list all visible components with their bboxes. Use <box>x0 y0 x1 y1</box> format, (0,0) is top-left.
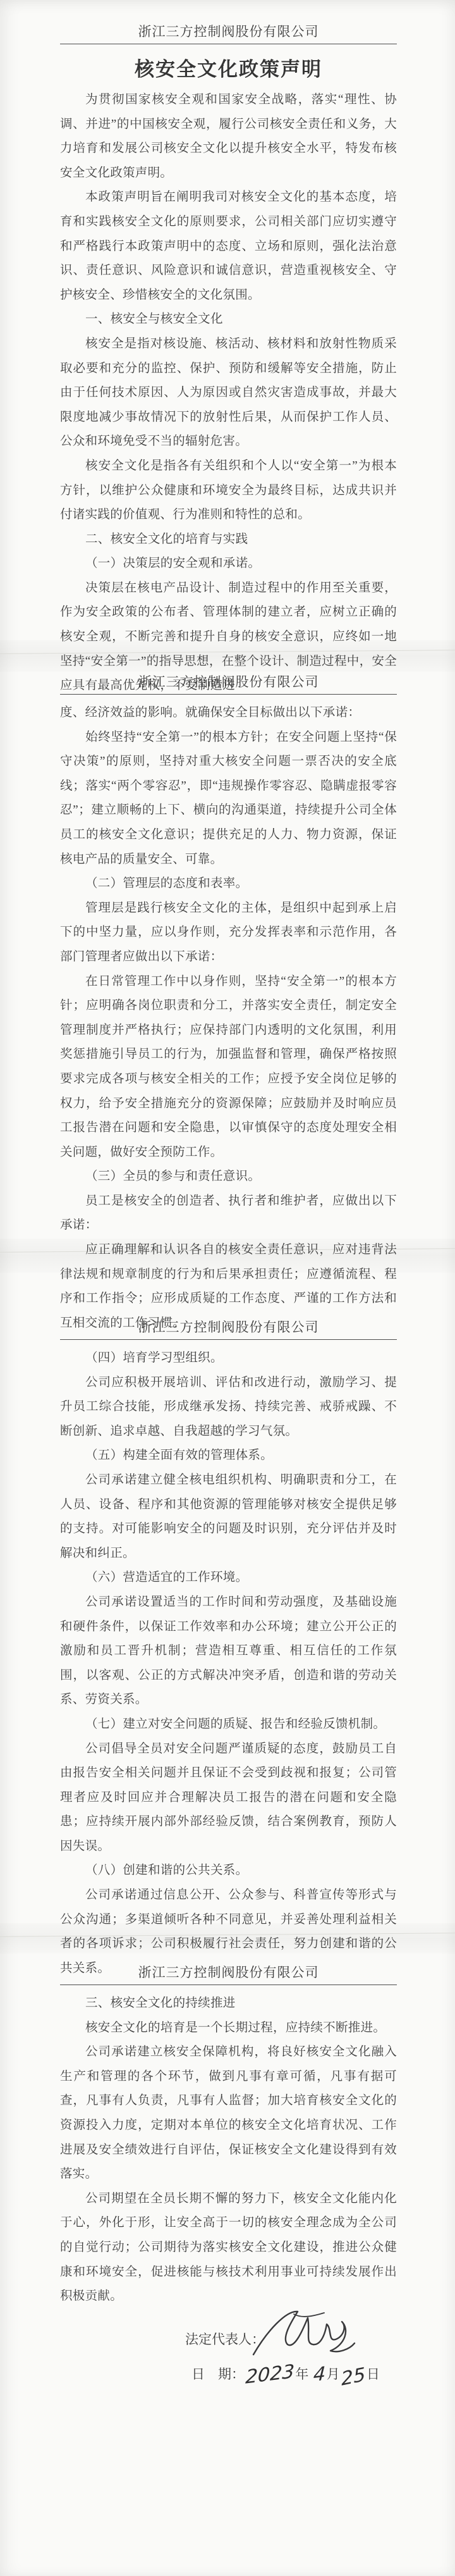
header-rule <box>60 44 397 44</box>
subsection-heading: （五）构建全面有效的管理体系。 <box>60 1444 397 1468</box>
paragraph: 员工是核安全的创造者、执行者和维护者，应做出以下承诺： <box>60 1189 397 1238</box>
paragraph: 公司期望在全员长期不懈的努力下，核安全文化能内化于心，外化于形，让安全高于一切的… <box>60 2187 397 2309</box>
page-1-body: 为贯彻国家核安全观和国家安全战略，落实“理性、协调、并进”的中国核安全观，履行公… <box>60 88 397 698</box>
company-header: 浙江三方控制阀股份有限公司 <box>60 672 397 691</box>
subsection-heading: （一）决策层的安全观和承诺。 <box>60 552 397 576</box>
subsection-heading: （六）营造适宜的工作环境。 <box>60 1566 397 1590</box>
date-month-unit: 月 <box>327 2367 340 2382</box>
paragraph: 始终坚持“安全第一”的根本方针；在安全问题上坚持“保守决策”的原则，坚持对重大核… <box>60 726 397 872</box>
paragraph: 公司应积极开展培训、评估和改进行动，激励学习、提升员工综合技能，形成继承发扬、持… <box>60 1371 397 1444</box>
date-day-unit: 日 <box>367 2367 380 2382</box>
header-rule <box>60 1985 397 1985</box>
scanned-document: 浙江三方控制阀股份有限公司 核安全文化政策声明 为贯彻国家核安全观和国家安全战略… <box>0 0 455 2576</box>
section-heading: 一、核安全与核安全文化 <box>60 307 397 332</box>
paragraph: 公司倡导全员对安全问题严谨质疑的态度，鼓励员工自由报告安全相关问题并且保证不会受… <box>60 1737 397 1859</box>
subsection-heading: （四）培育学习型组织。 <box>60 1346 397 1371</box>
section-heading: 三、核安全文化的持续推进 <box>60 1991 397 2016</box>
date-day-handwritten: 25 <box>340 2360 367 2394</box>
paragraph: 核安全文化的培育是一个长期过程，应持续不断推进。 <box>60 2016 397 2041</box>
date-month-handwritten: 4 <box>312 2360 326 2390</box>
date-label: 日 期： <box>191 2367 245 2382</box>
page-2: 浙江三方控制阀股份有限公司 度、经济效益的影响。就确保安全目标做出以下承诺：始终… <box>0 666 455 1335</box>
document-title: 核安全文化政策声明 <box>60 53 397 82</box>
header-rule <box>60 694 397 695</box>
date-year-handwritten: 2023 <box>245 2357 295 2392</box>
paragraph: 本政策声明旨在阐明我司对核安全文化的基本态度，培育和实践核安全文化的原则要求，公… <box>60 185 397 307</box>
header-rule <box>60 1339 397 1340</box>
paragraph: 公司承诺建立健全核电组织机构、明确职责和分工，在人员、设备、程序和其他资源的管理… <box>60 1468 397 1566</box>
paragraph: 核安全文化是指各有关组织和个人以“安全第一”为根本方针，以维护公众健康和环境安全… <box>60 454 397 528</box>
legal-representative-signature <box>250 2305 363 2369</box>
page-1: 浙江三方控制阀股份有限公司 核安全文化政策声明 为贯彻国家核安全观和国家安全战略… <box>0 0 455 698</box>
subsection-heading: （二）管理层的态度和表率。 <box>60 872 397 896</box>
page-4: 浙江三方控制阀股份有限公司 三、核安全文化的持续推进核安全文化的培育是一个长期过… <box>0 1956 455 2389</box>
page-2-body: 度、经济效益的影响。就确保安全目标做出以下承诺：始终坚持“安全第一”的根本方针；… <box>60 701 397 1335</box>
subsection-heading: （八）创建和谐的公共关系。 <box>60 1859 397 1883</box>
paragraph: 公司承诺建立核安全保障机构，将良好核安全文化融入生产和管理的各个环节，做到凡事有… <box>60 2040 397 2187</box>
page-3-body: （四）培育学习型组织。公司应积极开展培训、评估和改进行动，激励学习、提升员工综合… <box>60 1346 397 1981</box>
paragraph: 管理层是践行核安全文化的主体，是组织中起到承上启下的中坚力量，应以身作则，充分发… <box>60 896 397 970</box>
legal-representative-row: 法定代表人： <box>60 2327 397 2352</box>
paragraph: 在日常管理工作中以身作则，坚持“安全第一”的根本方针；应明确各岗位职责和分工，并… <box>60 970 397 1165</box>
company-header: 浙江三方控制阀股份有限公司 <box>60 22 397 40</box>
date-year-unit: 年 <box>295 2367 308 2382</box>
page-3: 浙江三方控制阀股份有限公司 （四）培育学习型组织。公司应积极开展培训、评估和改进… <box>0 1311 455 1981</box>
subsection-heading: （三）全员的参与和责任意识。 <box>60 1165 397 1189</box>
paragraph: 核安全是指对核设施、核活动、核材料和放射性物质采取必要和充分的监控、保护、预防和… <box>60 332 397 454</box>
paragraph-continuation: 度、经济效益的影响。就确保安全目标做出以下承诺： <box>60 701 397 726</box>
page-4-body: 三、核安全文化的持续推进核安全文化的培育是一个长期过程，应持续不断推进。公司承诺… <box>60 1991 397 2309</box>
company-header: 浙江三方控制阀股份有限公司 <box>60 1962 397 1981</box>
company-header: 浙江三方控制阀股份有限公司 <box>60 1317 397 1336</box>
subsection-heading: （七）建立对安全问题的质疑、报告和经验反馈机制。 <box>60 1712 397 1737</box>
paragraph: 为贯彻国家核安全观和国家安全战略，落实“理性、协调、并进”的中国核安全观，履行公… <box>60 88 397 185</box>
paragraph: 公司承诺设置适当的工作时间和劳动强度，及基础设施和硬件条件，以保证工作效率和办公… <box>60 1590 397 1712</box>
section-heading: 二、核安全文化的培育与实践 <box>60 528 397 552</box>
